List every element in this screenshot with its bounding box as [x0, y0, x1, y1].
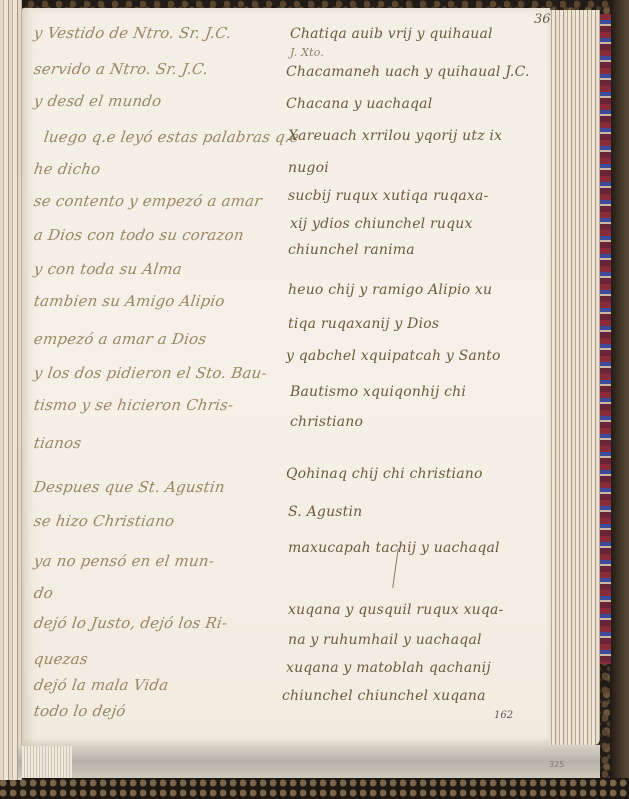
kiche-line: sucbij ruqux xutiqa ruqaxa- [288, 188, 488, 204]
spanish-line: y desd el mundo [33, 92, 163, 110]
spanish-line: do [33, 584, 55, 602]
kiche-line: xuqana y qusquil ruqux xuqa- [288, 602, 504, 618]
cover-edge [610, 0, 629, 799]
spanish-line: se contento y empezó a amar [33, 192, 263, 210]
spanish-line: luego q.e leyó estas palabras q.e [43, 128, 301, 146]
spanish-line: servido a Ntro. Sr. J.C. [33, 60, 210, 78]
kiche-line: xuqana y matoblah qachanij [286, 660, 491, 676]
spanish-line: empezó a amar a Dios [33, 330, 208, 348]
pencil-page-number: 162 [494, 710, 513, 721]
spanish-line: tambien su Amigo Alipio [33, 292, 226, 310]
bottom-page-edges [18, 745, 600, 778]
kiche-line: Qohinaq chij chi christiano [286, 466, 483, 482]
kiche-line: Xareuach xrrilou yqorij utz ix [288, 128, 502, 144]
spanish-line: quezas [33, 650, 89, 668]
kiche-line: S. Agustin [288, 504, 362, 520]
kiche-line: chiunchel chiunchel xuqana [282, 688, 486, 704]
kiche-line: y qabchel xquipatcah y Santo [286, 348, 501, 364]
bottom-binding [0, 778, 629, 799]
kiche-line: maxucapah tachij y uachaqal [288, 540, 500, 556]
spanish-line: y Vestido de Ntro. Sr. J.C. [33, 24, 233, 42]
right-page-edges [548, 10, 600, 745]
spanish-line: y los dos pidieron el Sto. Bau- [33, 364, 268, 382]
kiche-line: nugoi [288, 160, 329, 176]
spanish-line: dejó lo Justo, dejó los Ri- [33, 614, 229, 632]
spanish-line: a Dios con todo su corazon [33, 226, 245, 244]
kiche-line: tiqa ruqaxanij y Dios [288, 316, 439, 332]
kiche-line: Chacamaneh uach y quihaual J.C. [286, 64, 530, 80]
spanish-line: tismo y se hicieron Chris- [33, 396, 235, 414]
spanish-line: tianos [33, 434, 83, 452]
kiche-line: Chacana y uachaqal [286, 96, 432, 112]
kiche-line: heuo chij y ramigo Alipio xu [288, 282, 492, 298]
spanish-line: dejó la mala Vida [33, 676, 170, 694]
spanish-line: se hizo Christiano [33, 512, 176, 530]
kiche-line: xij ydios chiunchel ruqux [290, 216, 473, 232]
kiche-line: chiunchel ranima [288, 242, 415, 258]
kiche-line: J. Xto. [290, 46, 324, 59]
spanish-line: y con toda su Alma [33, 260, 184, 278]
kiche-line: na y ruhumhail y uachaqal [288, 632, 482, 648]
left-page-edges [0, 0, 22, 780]
spanish-line: ya no pensó en el mun- [33, 552, 216, 570]
folio-number: 36 [534, 12, 551, 27]
kiche-line: Chatiqa auib vrij y quihaual [290, 26, 493, 42]
spanish-line: he dicho [33, 160, 102, 178]
bottom-left-page-edges [22, 745, 72, 778]
stamp-number: 325 [549, 760, 564, 769]
spanish-line: todo lo dejó [33, 702, 127, 720]
kiche-line: Bautismo xquiqonhij chi [290, 384, 466, 400]
kiche-line: christiano [290, 414, 363, 430]
spanish-line: Despues que St. Agustin [33, 478, 226, 496]
